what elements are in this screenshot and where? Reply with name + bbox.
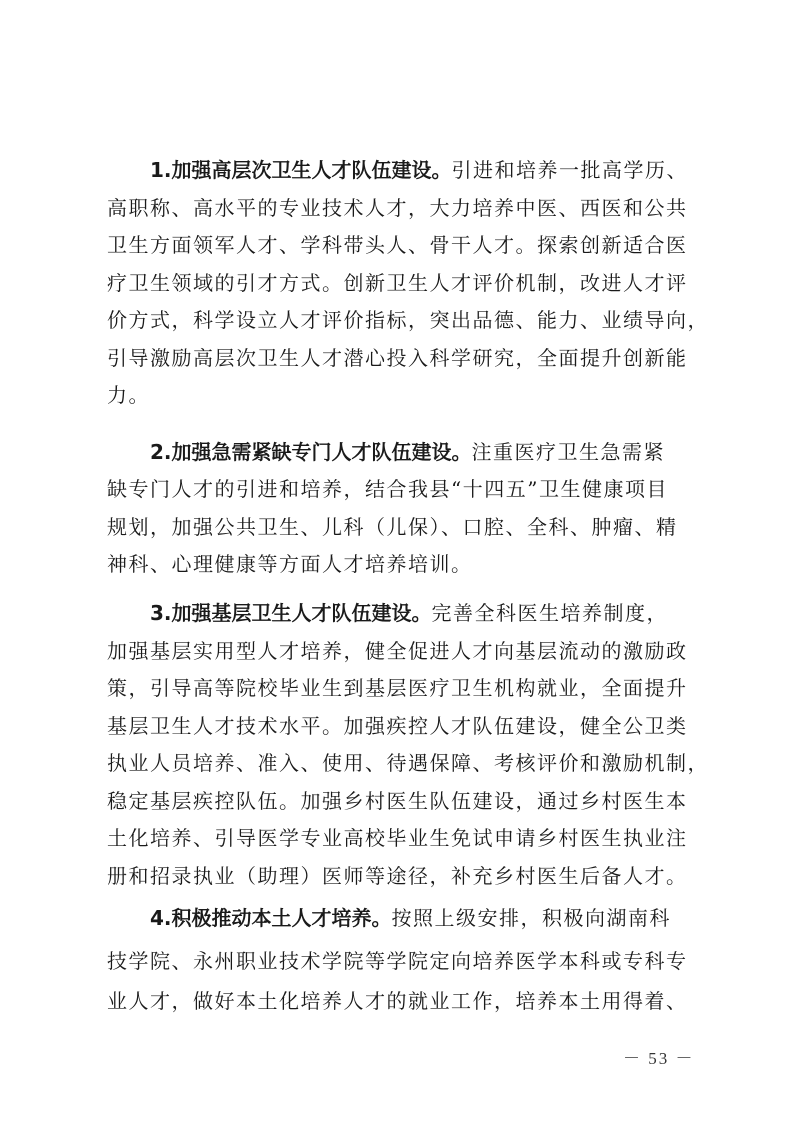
section-3-first-line: 3.加强基层卫生人才队伍建设。完善全科医生培养制度，: [150, 595, 750, 632]
section-4-heading: 4.积极推动本土人才培养。: [150, 906, 392, 930]
section-3-line: 册和招录执业（助理）医师等途径，补充乡村医生后备人才。: [107, 858, 707, 895]
section-3-line: 稳定基层疾控队伍。加强乡村医生队伍建设，通过乡村医生本: [107, 783, 707, 820]
section-3-line: 策，引导高等院校毕业生到基层医疗卫生机构就业，全面提升: [107, 670, 707, 707]
section-3-line: 加强基层实用型人才培养，健全促进人才向基层流动的激励政: [107, 633, 707, 670]
section-4-line: 技学院、永州职业技术学院等学院定向培养医学本科或专科专: [107, 943, 707, 980]
section-2-line: 缺专门人才的引进和培养，结合我县“十四五”卫生健康项目: [107, 471, 707, 508]
section-3-line: 基层卫生人才技术水平。加强疾控人才队伍建设，健全公卫类: [107, 708, 707, 745]
section-4-line: 业人才，做好本土化培养人才的就业工作，培养本土用得着、: [107, 983, 707, 1020]
section-2-line: 神科、心理健康等方面人才培养培训。: [107, 546, 707, 583]
section-2-text: 注重医疗卫生急需紧: [472, 440, 666, 464]
section-3-line: 执业人员培养、准入、使用、待遇保障、考核评价和激励机制，: [107, 745, 707, 782]
section-1-line: 力。: [107, 377, 707, 414]
section-4-first-line: 4.积极推动本土人才培养。按照上级安排，积极向湖南科: [150, 900, 750, 937]
section-3-line: 土化培养、引导医学专业高校毕业生免试申请乡村医生执业注: [107, 820, 707, 857]
section-2-line: 规划，加强公共卫生、儿科（儿保）、口腔、全科、肿瘤、精: [107, 509, 707, 546]
section-1-heading: 1.加强高层次卫生人才队伍建设。: [150, 158, 452, 182]
section-2-heading: 2.加强急需紧缺专门人才队伍建设。: [150, 440, 472, 464]
section-4-text: 按照上级安排，积极向湖南科: [392, 906, 672, 930]
section-1-first-line: 1.加强高层次卫生人才队伍建设。引进和培养一批高学历、: [150, 152, 750, 189]
section-2-first-line: 2.加强急需紧缺专门人才队伍建设。注重医疗卫生急需紧: [150, 434, 750, 471]
section-3-heading: 3.加强基层卫生人才队伍建设。: [150, 601, 432, 625]
document-page: 1.加强高层次卫生人才队伍建设。引进和培养一批高学历、 高职称、高水平的专业技术…: [0, 0, 793, 1122]
section-1-line: 卫生方面领军人才、学科带头人、骨干人才。探索创新适合医: [107, 227, 707, 264]
section-1-line: 价方式，科学设立人才评价指标，突出品德、能力、业绩导向，: [107, 302, 707, 339]
section-1-line: 引导激励高层次卫生人才潜心投入科学研究，全面提升创新能: [107, 340, 707, 377]
page-number: － 53 －: [623, 1044, 695, 1069]
section-1-line: 高职称、高水平的专业技术人才，大力培养中医、西医和公共: [107, 190, 707, 227]
section-1-line: 疗卫生领域的引才方式。创新卫生人才评价机制，改进人才评: [107, 265, 707, 302]
section-3-text: 完善全科医生培养制度，: [432, 601, 669, 625]
section-1-text: 引进和培养一批高学历、: [452, 158, 689, 182]
